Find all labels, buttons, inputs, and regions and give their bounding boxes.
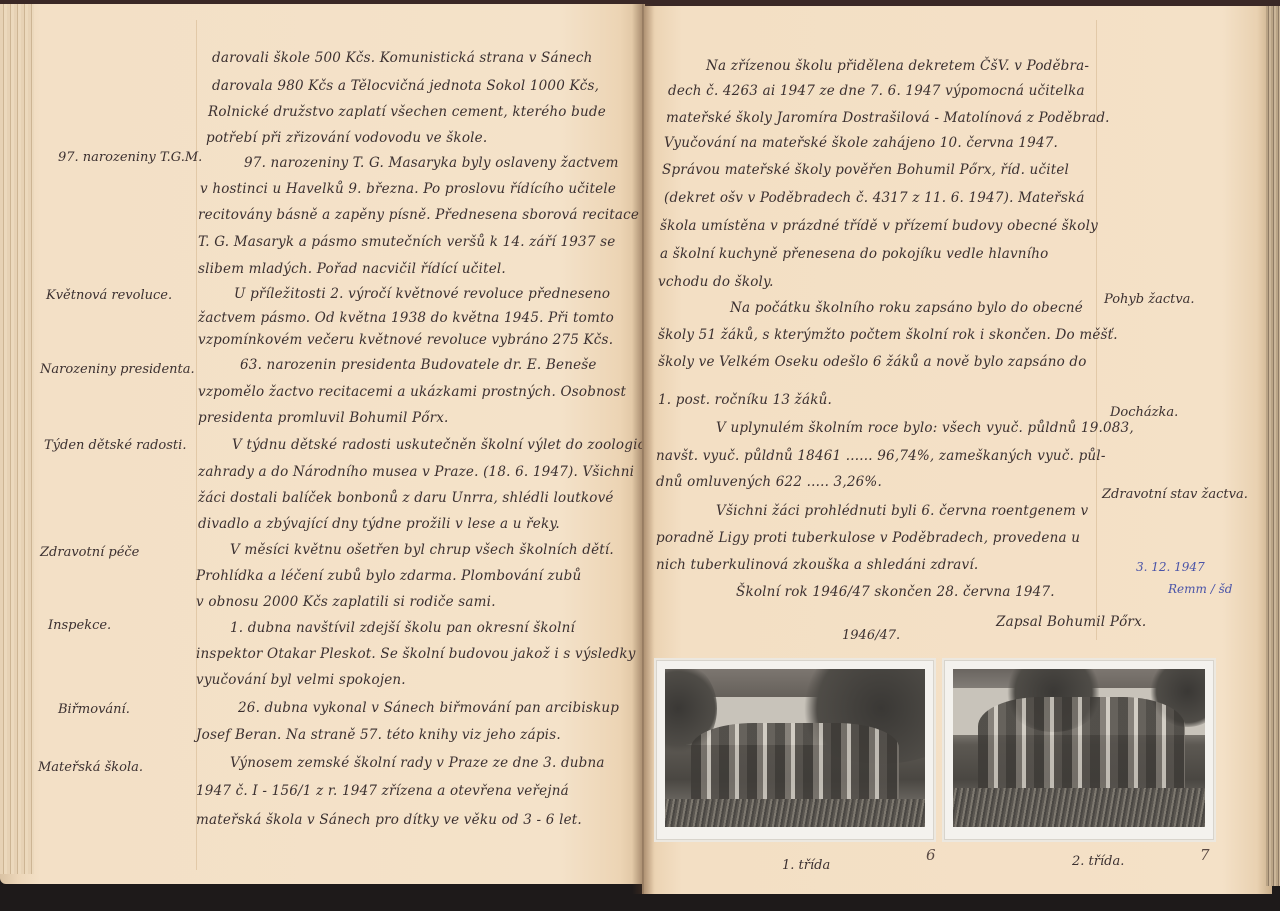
text-line: 1. dubna navštívil zdejší školu pan okre…	[230, 620, 575, 636]
stamp-signature: Remm / šd	[1168, 582, 1232, 596]
text-line: Na počátku školního roku zapsáno bylo do…	[730, 300, 1083, 316]
text-line: (dekret ošv v Poděbradech č. 4317 z 11. …	[664, 190, 1085, 206]
text-line: školy ve Velkém Oseku odešlo 6 žáků a no…	[658, 354, 1087, 370]
text-line: vyučování byl velmi spokojen.	[196, 672, 406, 688]
margin-note: Docházka.	[1110, 405, 1178, 420]
margin-note: Mateřská škola.	[38, 760, 143, 775]
text-line: dech č. 4263 ai 1947 ze dne 7. 6. 1947 v…	[668, 83, 1085, 99]
text-line: vchodu do školy.	[658, 274, 774, 290]
text-line: mateřské školy Jaromíra Dostrašilová - M…	[666, 110, 1110, 126]
text-line: vzpomínkovém večeru květnové revoluce vy…	[198, 332, 613, 348]
stamp-date: 3. 12. 1947	[1136, 560, 1205, 574]
text-line: 97. narozeniny T. G. Masaryka byly oslav…	[244, 155, 619, 171]
text-line: recitovány básně a zapěny písně. Přednes…	[198, 207, 639, 223]
text-line: navšt. vyuč. půldnů 18461 ...... 96,74%,…	[656, 448, 1106, 464]
text-line: Školní rok 1946/47 skončen 28. června 19…	[736, 584, 1055, 600]
text-line: žáci dostali balíček bonbonů z daru Unrr…	[198, 490, 614, 506]
text-line: mateřská škola v Sánech pro dítky ve věk…	[196, 812, 582, 828]
text-line: T. G. Masaryk a pásmo smutečních veršů k…	[198, 234, 615, 250]
text-line: škola umístěna v prázdné třídě v přízemí…	[660, 218, 1098, 234]
page-number-right: 7	[1200, 846, 1210, 864]
page-number-left: 6	[926, 846, 936, 864]
text-line: žactvem pásmo. Od května 1938 do května …	[198, 310, 614, 326]
margin-note: Zdravotní stav žactva.	[1102, 487, 1248, 502]
text-line: Vyučování na mateřské škole zahájeno 10.…	[664, 135, 1058, 151]
margin-note: Inspekce.	[48, 618, 111, 633]
margin-note: 97. narozeniny T.G.M.	[58, 150, 202, 165]
text-line: potřebí při zřizování vodovodu ve škole.	[206, 130, 487, 146]
text-line: inspektor Otakar Pleskot. Se školní budo…	[196, 646, 636, 662]
text-line: Výnosem zemské školní rady v Praze ze dn…	[230, 755, 605, 771]
text-line: Všichni žáci prohlédnuti byli 6. června …	[716, 503, 1088, 519]
text-line: v hostinci u Havelků 9. března. Po prosl…	[200, 181, 616, 197]
text-line: V uplynulém školním roce bylo: všech vyu…	[716, 420, 1134, 436]
text-line: 1. post. ročníku 13 žáků.	[658, 392, 832, 408]
text-line: školy 51 žáků, s kterýmžto počtem školní…	[658, 327, 1118, 343]
photo-caption-1: 1. třída	[782, 858, 830, 873]
margin-note: Biřmování.	[58, 702, 130, 717]
text-line: V měsíci květnu ošetřen byl chrup všech …	[230, 542, 614, 558]
book-spine	[632, 4, 654, 894]
margin-note: Květnová revoluce.	[46, 288, 172, 303]
class-photo-1	[656, 660, 934, 840]
text-line: slibem mladých. Pořad nacvičil řídící uč…	[198, 261, 506, 277]
text-line: divadlo a zbývající dny týdne prožili v …	[198, 516, 560, 532]
text-line: presidenta promluvil Bohumil Pőrx.	[198, 410, 449, 426]
photos-heading: 1946/47.	[842, 628, 900, 643]
class-photo-2	[944, 660, 1214, 840]
text-line: nich tuberkulinová zkouška a shledáni zd…	[656, 557, 978, 573]
text-line: 63. narozenin presidenta Budovatele dr. …	[240, 357, 597, 373]
text-line: Prohlídka a léčení zubů bylo zdarma. Plo…	[196, 568, 581, 584]
text-line: zahrady a do Národního musea v Praze. (1…	[198, 464, 634, 480]
text-line: Josef Beran. Na straně 57. této knihy vi…	[196, 727, 561, 743]
text-line: v obnosu 2000 Kčs zaplatili si rodiče sa…	[196, 594, 496, 610]
text-line: 26. dubna vykonal v Sánech biřmování pan…	[238, 700, 619, 716]
text-line: darovala 980 Kčs a Tělocvičná jednota So…	[212, 78, 599, 94]
margin-note: Týden dětské radosti.	[44, 438, 186, 453]
text-line: dnů omluvených 622 ..... 3,26%.	[656, 474, 882, 490]
text-line: Rolnické družstvo zaplatí všechen cement…	[208, 104, 606, 120]
photo-caption-2: 2. třída.	[1072, 854, 1124, 869]
margin-note: Zdravotní péče	[40, 545, 139, 560]
signature: Zapsal Bohumil Pőrx.	[996, 614, 1146, 630]
text-line: Správou mateřské školy pověřen Bohumil P…	[662, 162, 1069, 178]
text-line: vzpomělo žactvo recitacemi a ukázkami pr…	[198, 384, 626, 400]
margin-note: Pohyb žactva.	[1104, 292, 1195, 307]
photo-image	[665, 669, 925, 827]
photo-image	[953, 669, 1205, 827]
text-line: V týdnu dětské radosti uskutečněn školní…	[232, 437, 662, 453]
text-line: a školní kuchyně přenesena do pokojíku v…	[660, 246, 1048, 262]
text-line: Na zřízenou školu přidělena dekretem ČšV…	[706, 58, 1089, 74]
margin-note: Narozeniny presidenta.	[40, 362, 195, 377]
page-edges-right	[1266, 6, 1280, 886]
text-line: poradně Ligy proti tuberkulose v Poděbra…	[656, 530, 1080, 546]
text-line: U příležitosti 2. výročí květnové revolu…	[234, 286, 610, 302]
text-line: darovali škole 500 Kčs. Komunistická str…	[212, 50, 592, 66]
page-edges-left	[0, 4, 34, 874]
text-line: 1947 č. I - 156/1 z r. 1947 zřízena a ot…	[196, 783, 569, 799]
